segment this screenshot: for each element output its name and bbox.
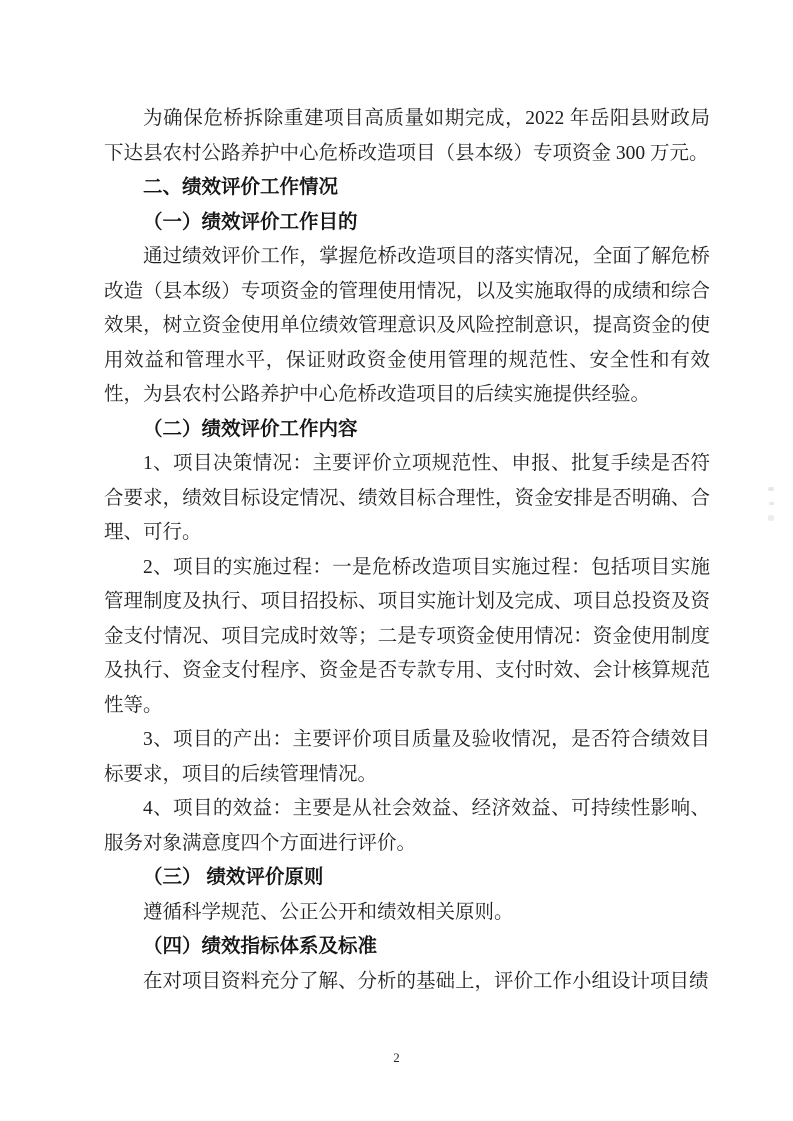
document-page: 为确保危桥拆除重建项目高质量如期完成，2022 年岳阳县财政局下达县农村公路养护… [0,0,793,1121]
page-number: 2 [0,1048,793,1068]
body-paragraph: 1、项目决策情况：主要评价立项规范性、申报、批复手续是否符合要求，绩效目标设定情… [104,447,710,551]
section-heading: （二）绩效评价工作内容 [104,413,710,448]
body-paragraph: 2、项目的实施过程：一是危桥改造项目实施过程：包括项目实施管理制度及执行、项目招… [104,551,710,724]
body-paragraph: 在对项目资料充分了解、分析的基础上，评价工作小组设计项目绩 [104,965,710,1000]
body-paragraph: 3、项目的产出：主要评价项目质量及验收情况，是否符合绩效目标要求，项目的后续管理… [104,723,710,792]
section-heading: （一）绩效评价工作目的 [104,206,710,241]
scan-smudge [769,502,774,505]
scan-smudge [768,487,774,491]
section-heading: （三） 绩效评价原则 [104,861,710,896]
body-paragraph: 4、项目的效益：主要是从社会效益、经济效益、可持续性影响、服务对象满意度四个方面… [104,792,710,861]
document-body: 为确保危桥拆除重建项目高质量如期完成，2022 年岳阳县财政局下达县农村公路养护… [104,102,710,999]
body-paragraph: 通过绩效评价工作，掌握危桥改造项目的落实情况，全面了解危桥改造（县本级）专项资金… [104,240,710,413]
scan-smudge [768,515,774,521]
body-paragraph: 为确保危桥拆除重建项目高质量如期完成，2022 年岳阳县财政局下达县农村公路养护… [104,102,710,171]
section-heading: 二、绩效评价工作情况 [104,171,710,206]
body-paragraph: 遵循科学规范、公正公开和绩效相关原则。 [104,896,710,931]
section-heading: （四）绩效指标体系及标准 [104,930,710,965]
